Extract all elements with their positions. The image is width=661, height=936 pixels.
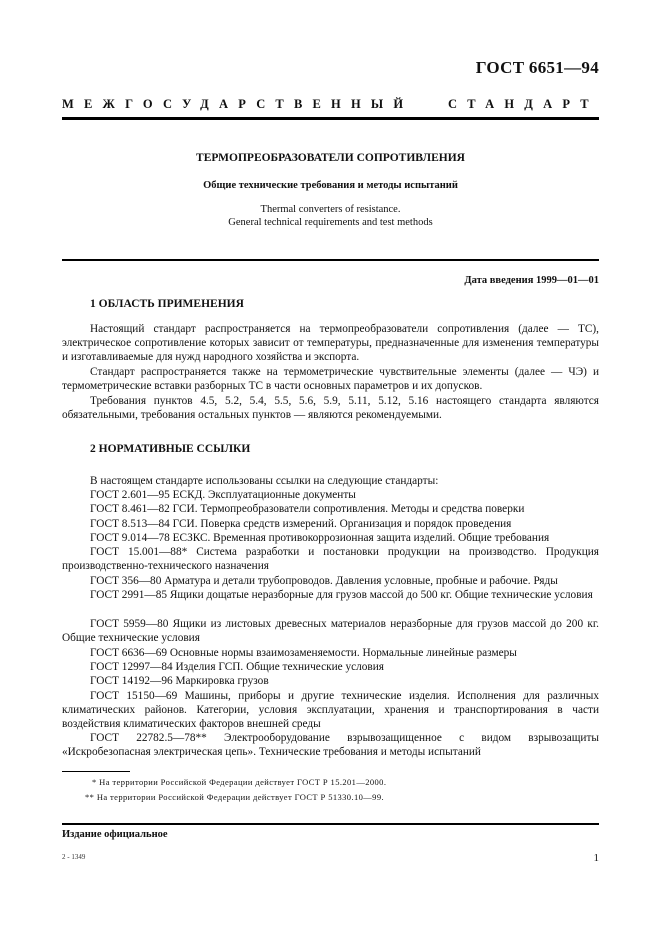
introduction-date: Дата введения 1999—01—01 bbox=[464, 275, 599, 286]
reference-item: ГОСТ 15150—69 Машины, приборы и другие т… bbox=[62, 689, 599, 732]
header-rule bbox=[62, 117, 599, 120]
reference-item: ГОСТ 5959—80 Ящики из листовых древесных… bbox=[62, 617, 599, 645]
reference-item: ГОСТ 15.001—88* Система разработки и пос… bbox=[62, 545, 599, 573]
reference-item: ГОСТ 8.461—82 ГСИ. Термопреобразователи … bbox=[62, 502, 599, 516]
footer-rule bbox=[62, 823, 599, 825]
english-title-line-1: Thermal converters of resistance. bbox=[0, 204, 661, 215]
reference-item: ГОСТ 356—80 Арматура и детали трубопрово… bbox=[62, 574, 599, 588]
reference-item: ГОСТ 6636—69 Основные нормы взаимозаменя… bbox=[62, 646, 599, 660]
reference-item: ГОСТ 9.014—78 ЕСЗКС. Временная противоко… bbox=[62, 531, 599, 545]
title-rule bbox=[62, 259, 599, 261]
document-subtitle: Общие технические требования и методы ис… bbox=[0, 180, 661, 191]
footnote-2: ** На территории Российской Федерации де… bbox=[85, 792, 384, 802]
footnote-rule bbox=[62, 771, 130, 772]
section-1-paragraph: Стандарт распространяется также на термо… bbox=[62, 365, 599, 393]
reference-item: ГОСТ 12997—84 Изделия ГСП. Общие техниче… bbox=[62, 660, 599, 674]
document-number: ГОСТ 6651—94 bbox=[476, 58, 599, 78]
references-intro: В настоящем стандарте использованы ссылк… bbox=[62, 474, 599, 488]
english-title-line-2: General technical requirements and test … bbox=[0, 217, 661, 228]
page-number: 1 bbox=[594, 852, 600, 864]
reference-item: ГОСТ 22782.5—78** Электрооборудование вз… bbox=[62, 731, 599, 759]
print-code: 2 - 1349 bbox=[62, 853, 85, 861]
standard-type-left: МЕЖГОСУДАРСТВЕННЫЙ bbox=[62, 97, 413, 112]
reference-item: ГОСТ 2991—85 Ящики дощатые неразборные д… bbox=[62, 588, 599, 602]
document-title: ТЕРМОПРЕОБРАЗОВАТЕЛИ СОПРОТИВЛЕНИЯ bbox=[0, 152, 661, 164]
footnote-1: * На территории Российской Федерации дей… bbox=[92, 777, 386, 787]
section-1-heading: 1 ОБЛАСТЬ ПРИМЕНЕНИЯ bbox=[90, 298, 244, 310]
section-1-paragraph: Настоящий стандарт распространяется на т… bbox=[62, 322, 599, 365]
reference-item: ГОСТ 8.513—84 ГСИ. Поверка средств измер… bbox=[62, 517, 599, 531]
edition-label: Издание официальное bbox=[62, 829, 168, 840]
standard-type-right: СТАНДАРТ bbox=[448, 97, 599, 112]
reference-item: ГОСТ 2.601—95 ЕСКД. Эксплуатационные док… bbox=[62, 488, 599, 502]
reference-item: ГОСТ 14192—96 Маркировка грузов bbox=[62, 674, 599, 688]
section-1-paragraph: Требования пунктов 4.5, 5.2, 5.4, 5.5, 5… bbox=[62, 394, 599, 422]
section-2-heading: 2 НОРМАТИВНЫЕ ССЫЛКИ bbox=[90, 443, 250, 455]
